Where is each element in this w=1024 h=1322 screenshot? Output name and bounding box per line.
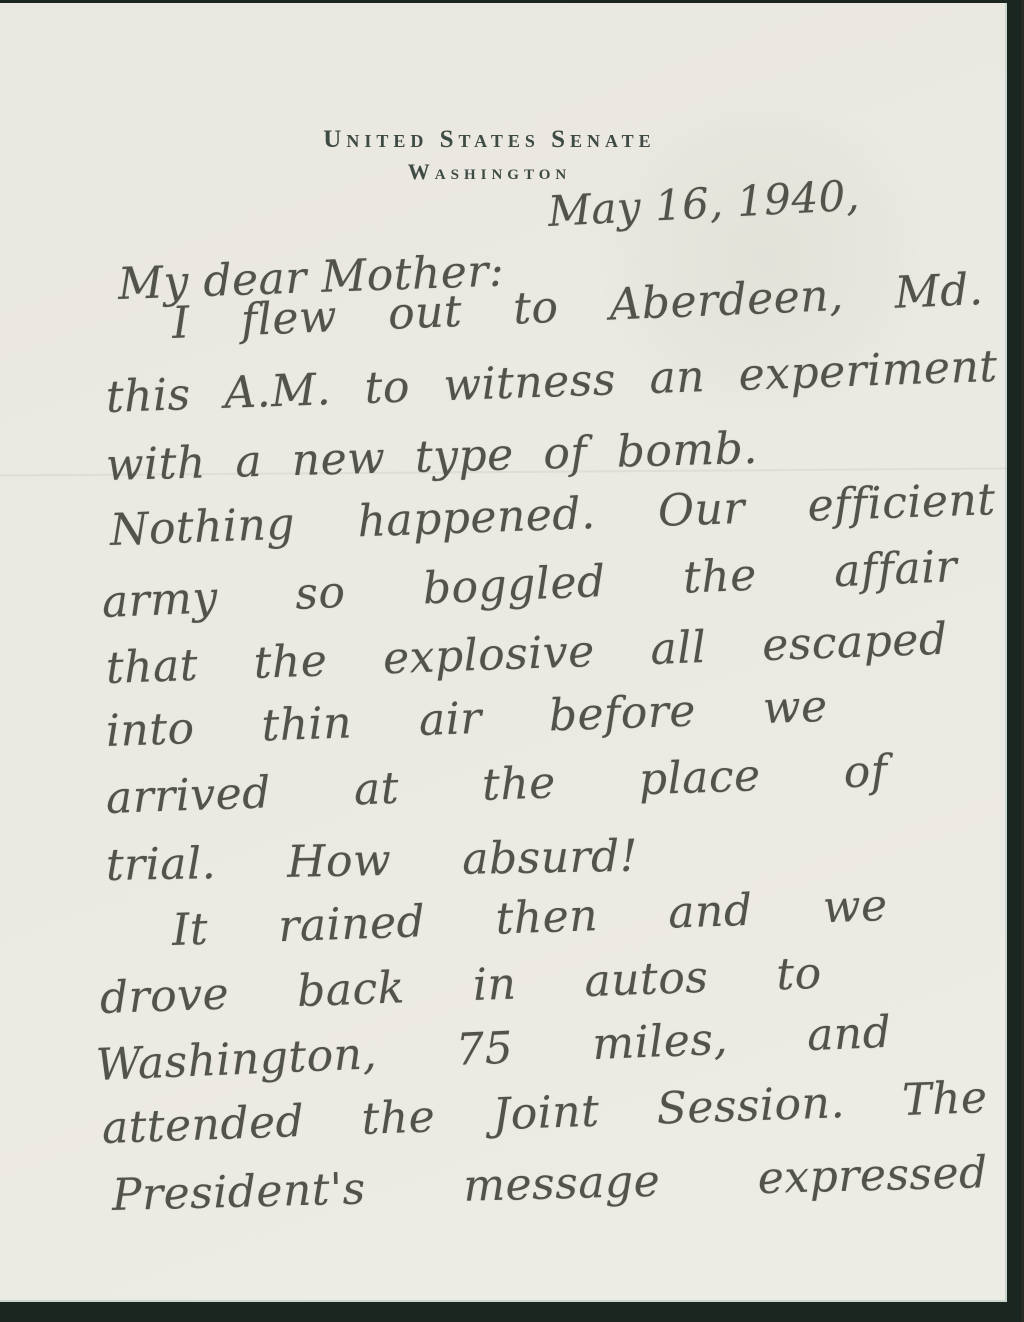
handwritten-line: Washington, 75 miles, and: [95, 1009, 892, 1091]
handwritten-line: drove back in autos to: [99, 950, 822, 1024]
handwritten-line: Nothing happened. Our efficient: [109, 476, 996, 555]
handwritten-line: arrived at the place of: [105, 748, 888, 824]
handwritten-line: trial. How absurd!: [106, 833, 639, 891]
handwritten-line: attended the Joint Session. The: [101, 1074, 988, 1153]
handwritten-line: President's message expressed: [111, 1149, 988, 1220]
handwritten-line: It rained then and we: [171, 882, 888, 955]
scanned-letter-background: United States Senate Washington May 16, …: [0, 0, 1024, 1322]
handwritten-line: into thin air before we: [105, 683, 828, 757]
handwritten-line: this A.M. to witness an experiment: [105, 343, 998, 422]
letterhead-line1: United States Senate: [0, 127, 993, 152]
letter-paper: United States Senate Washington May 16, …: [0, 3, 1007, 1302]
handwritten-line: army so boggled the affair: [101, 543, 958, 627]
handwritten-line: with a new type of bomb.: [105, 425, 758, 490]
